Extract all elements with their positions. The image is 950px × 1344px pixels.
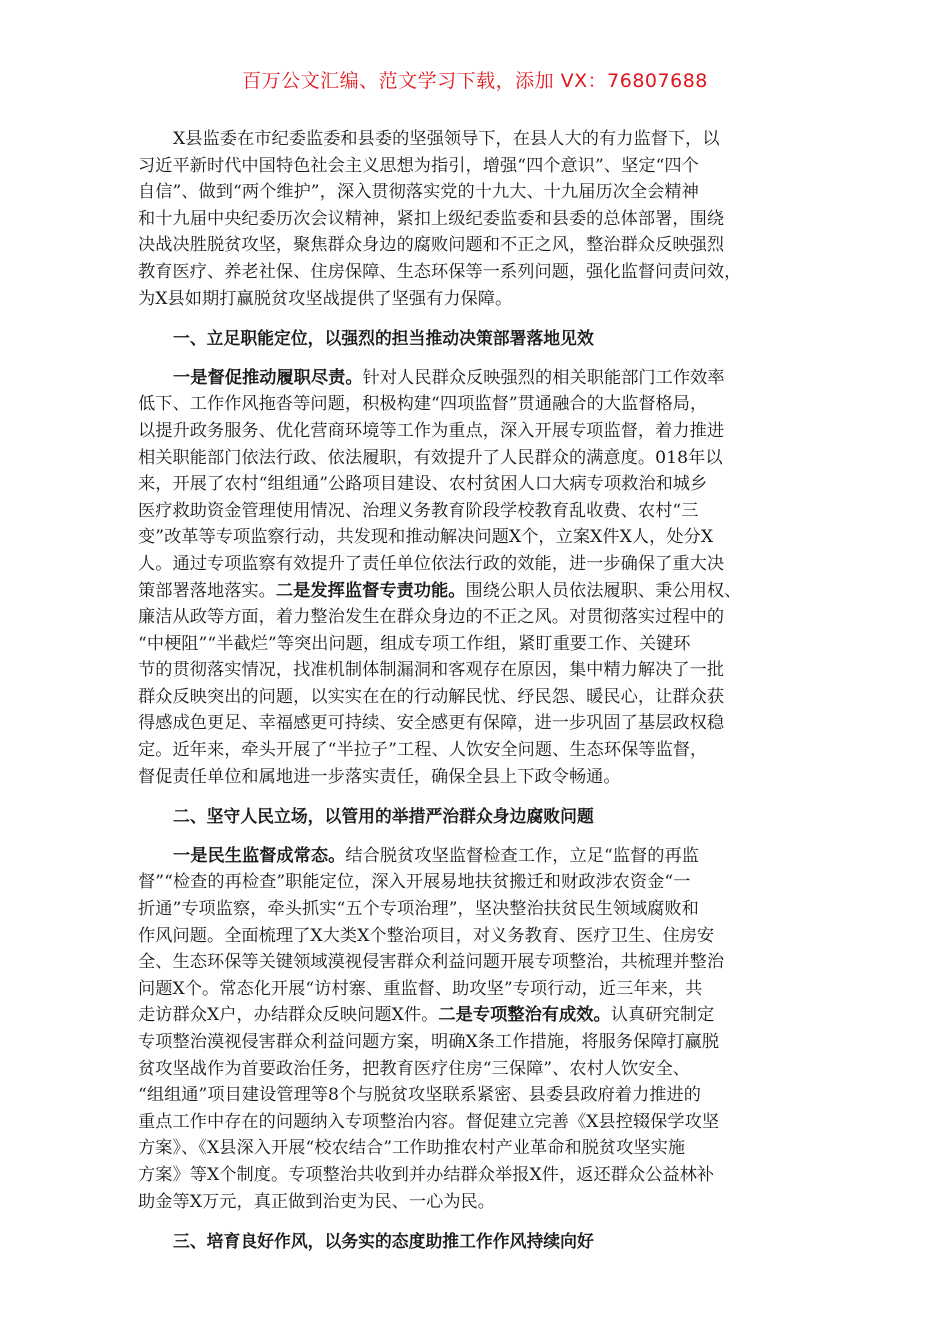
- text-line: 得感成色更足、幸福感更可持续、安全感更有保障，进一步巩固了基层政权稳: [138, 710, 818, 737]
- text-line: 为X县如期打赢脱贫攻坚战提供了坚强有力保障。: [138, 286, 818, 313]
- subpoint-title: 二是发挥监督专责功能。: [276, 581, 466, 601]
- text-line: X县监委在市纪委监委和县委的坚强领导下，在县人大的有力监督下，以: [138, 126, 818, 153]
- section-1-paragraph: 一是督促推动履职尽责。针对人民群众反映强烈的相关职能部门工作效率 低下、工作作风…: [138, 365, 818, 791]
- document-body: X县监委在市纪委监委和县委的坚强领导下，在县人大的有力监督下，以 习近平新时代中…: [138, 126, 818, 1255]
- text-line: 以提升政务服务、优化营商环境等工作为重点，深入开展专项监督，着力推进: [138, 418, 818, 445]
- text-line: 自信”、做到“两个维护”，深入贯彻落实党的十九大、十九届历次全会精神: [138, 179, 818, 206]
- text-line: 廉洁从政等方面，着力整治发生在群众身边的不正之风。对贯彻落实过程中的: [138, 604, 818, 631]
- intro-paragraph: X县监委在市纪委监委和县委的坚强领导下，在县人大的有力监督下，以 习近平新时代中…: [138, 126, 818, 312]
- text-line: 走访群众X户，办结群众反映问题X件。二是专项整治有成效。认真研究制定: [138, 1002, 818, 1029]
- text-line: “组组通”项目建设管理等8个与脱贫攻坚联系紧密、县委县政府着力推进的: [138, 1082, 818, 1109]
- subpoint-title: 一是民生监督成常态。: [173, 846, 345, 866]
- text-line: 专项整治漠视侵害群众利益问题方案，明确X条工作措施，将服务保障打赢脱: [138, 1029, 818, 1056]
- subpoint-title: 一是督促推动履职尽责。: [173, 368, 363, 388]
- section-2-paragraph: 一是民生监督成常态。结合脱贫攻坚监督检查工作，立足“监督的再监 督”“检查的再检…: [138, 843, 818, 1215]
- text-line: 方案》等X个制度。专项整治共收到并办结群众举报X件，返还群众公益林补: [138, 1162, 818, 1189]
- text-line: 方案》、《X县深入开展“校农结合”工作助推农村产业革命和脱贫攻坚实施: [138, 1135, 818, 1162]
- text-line: 节的贯彻落实情况，找准机制体制漏洞和客观存在原因，集中精力解决了一批: [138, 657, 818, 684]
- watermark-banner: 百万公文汇编、范文学习下载，添加 VX：76807688: [0, 66, 950, 93]
- subpoint-title: 二是专项整治有成效。: [438, 1005, 610, 1025]
- text-line: “中梗阻”“半截烂”等突出问题，组成专项工作组，紧盯重要工作、关键环: [138, 631, 818, 658]
- text-line: 全、生态环保等关键领域漠视侵害群众利益问题开展专项整治，共梳理并整治: [138, 949, 818, 976]
- text-line: 助金等X万元，真正做到治吏为民、一心为民。: [138, 1189, 818, 1216]
- text-line: 人。通过专项监察有效提升了责任单位依法行政的效能，进一步确保了重大决: [138, 551, 818, 578]
- text-line: 问题X个。常态化开展“访村寨、重监督、助攻坚”专项行动，近三年来，共: [138, 976, 818, 1003]
- section-heading-2: 二、坚守人民立场，以管用的举措严治群众身边腐败问题: [138, 803, 818, 830]
- section-heading-1: 一、立足职能定位，以强烈的担当推动决策部署落地见效: [138, 325, 818, 352]
- text-line: 习近平新时代中国特色社会主义思想为指引，增强“四个意识”、坚定“四个: [138, 153, 818, 180]
- text-line: 来，开展了农村“组组通”公路项目建设、农村贫困人口大病专项救治和城乡: [138, 471, 818, 498]
- text-line: 一是民生监督成常态。结合脱贫攻坚监督检查工作，立足“监督的再监: [138, 843, 818, 870]
- text-line: 相关职能部门依法行政、依法履职，有效提升了人民群众的满意度。018年以: [138, 445, 818, 472]
- section-heading-3: 三、培育良好作风，以务实的态度助推工作作风持续向好: [138, 1228, 818, 1255]
- text-line: 督”“检查的再检查”职能定位，深入开展易地扶贫搬迁和财政涉农资金“一: [138, 869, 818, 896]
- text-line: 教育医疗、养老社保、住房保障、生态环保等一系列问题，强化监督问责问效，: [138, 259, 818, 286]
- text-line: 定。近年来，牵头开展了“半拉子”工程、人饮安全问题、生态环保等监督，: [138, 737, 818, 764]
- text-line: 督促责任单位和属地进一步落实责任，确保全县上下政令畅通。: [138, 764, 818, 791]
- text-line: 变”改革等专项监察行动，共发现和推动解决问题X个，立案X件X人，处分X: [138, 524, 818, 551]
- text-line: 低下、工作作风拖沓等问题，积极构建“四项监督”贯通融合的大监督格局，: [138, 391, 818, 418]
- text-line: 群众反映突出的问题，以实实在在的行动解民忧、纾民怨、暖民心，让群众获: [138, 684, 818, 711]
- text-line: 和十九届中央纪委历次会议精神，紧扣上级纪委监委和县委的总体部署，围绕: [138, 206, 818, 233]
- text-line: 一是督促推动履职尽责。针对人民群众反映强烈的相关职能部门工作效率: [138, 365, 818, 392]
- text-line: 作风问题。全面梳理了X大类X个整治项目，对义务教育、医疗卫生、住房安: [138, 923, 818, 950]
- text-line: 决战决胜脱贫攻坚，聚焦群众身边的腐败问题和不正之风，整治群众反映强烈: [138, 232, 818, 259]
- text-line: 贫攻坚战作为首要政治任务，把教育医疗住房“三保障”、农村人饮安全、: [138, 1056, 818, 1083]
- text-line: 策部署落地落实。二是发挥监督专责功能。围绕公职人员依法履职、秉公用权、: [138, 578, 818, 605]
- text-line: 重点工作中存在的问题纳入专项整治内容。督促建立完善《X县控辍保学攻坚: [138, 1109, 818, 1136]
- text-line: 医疗救助资金管理使用情况、治理义务教育阶段学校教育乱收费、农村“三: [138, 498, 818, 525]
- text-line: 折通”专项监察，牵头抓实“五个专项治理”，坚决整治扶贫民生领域腐败和: [138, 896, 818, 923]
